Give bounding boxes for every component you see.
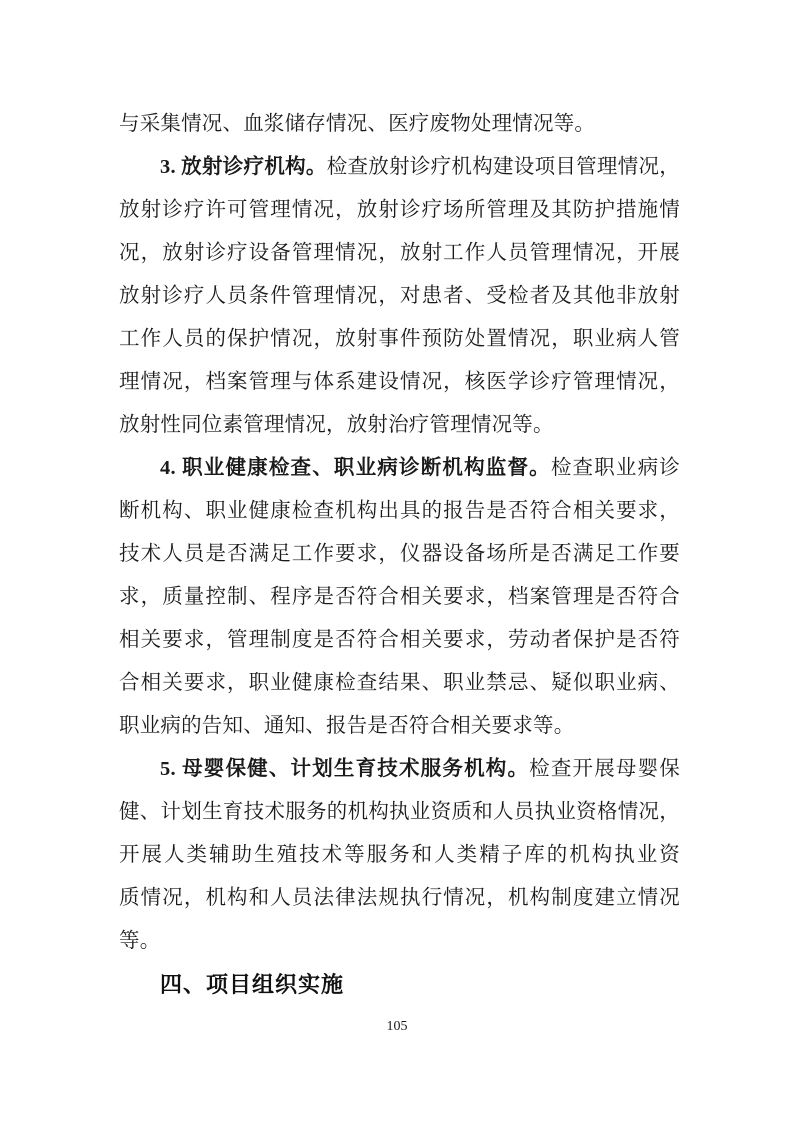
doc-line-4: 放射诊疗人员条件管理情况，对患者、受检者及其他非放射: [119, 275, 680, 318]
text-run: 与采集情况、血浆储存情况、医疗废物处理情况等。: [119, 113, 595, 135]
text-run: 断机构、职业健康检查机构出具的报告是否符合相关要求，: [119, 500, 680, 522]
text-run: 求，质量控制、程序是否符合相关要求，档案管理是否符合: [119, 586, 680, 608]
text-run: 工作人员的保护情况，放射事件预防处置情况，职业病人管: [119, 328, 680, 350]
doc-line-5: 工作人员的保护情况，放射事件预防处置情况，职业病人管: [119, 318, 680, 361]
bold-run: 3. 放射诊疗机构。: [160, 156, 327, 178]
doc-line-11: 求，质量控制、程序是否符合相关要求，档案管理是否符合: [119, 576, 680, 619]
section-heading-4: 四、项目组织实施: [119, 963, 680, 1006]
doc-line-8-section-4-start: 4. 职业健康检查、职业病诊断机构监督。检查职业病诊: [119, 447, 680, 490]
text-run: 检查放射诊疗机构建设项目管理情况，: [327, 156, 680, 178]
text-run: 质情况，机构和人员法律法规执行情况，机构制度建立情况: [119, 887, 680, 909]
doc-line-18: 质情况，机构和人员法律法规执行情况，机构制度建立情况: [119, 877, 680, 920]
text-run: 检查开展母婴保: [529, 758, 680, 780]
doc-line-6: 理情况，档案管理与体系建设情况，核医学诊疗管理情况，: [119, 361, 680, 404]
text-run: 放射诊疗许可管理情况，放射诊疗场所管理及其防护措施情: [119, 199, 680, 221]
text-run: 放射诊疗人员条件管理情况，对患者、受检者及其他非放射: [119, 285, 680, 307]
doc-line-3: 况，放射诊疗设备管理情况，放射工作人员管理情况，开展: [119, 232, 680, 275]
doc-line-16: 健、计划生育技术服务的机构执业资质和人员执业资格情况，: [119, 791, 680, 834]
text-run: 健、计划生育技术服务的机构执业资质和人员执业资格情况，: [119, 801, 680, 823]
doc-line-10: 技术人员是否满足工作要求，仪器设备场所是否满足工作要: [119, 533, 680, 576]
document-page: 与采集情况、血浆储存情况、医疗废物处理情况等。 3. 放射诊疗机构。检查放射诊疗…: [0, 0, 794, 1122]
doc-line-12: 相关要求，管理制度是否符合相关要求，劳动者保护是否符: [119, 619, 680, 662]
text-run: 况，放射诊疗设备管理情况，放射工作人员管理情况，开展: [119, 242, 680, 264]
text-run: 放射性同位素管理情况，放射治疗管理情况等。: [119, 414, 554, 436]
bold-run: 4. 职业健康检查、职业病诊断机构监督。: [160, 457, 551, 479]
document-body: 与采集情况、血浆储存情况、医疗废物处理情况等。 3. 放射诊疗机构。检查放射诊疗…: [119, 103, 680, 1006]
text-run: 理情况，档案管理与体系建设情况，核医学诊疗管理情况，: [119, 371, 680, 393]
text-run: 职业病的告知、通知、报告是否符合相关要求等。: [119, 715, 574, 737]
bold-run: 5. 母婴保健、计划生育技术服务机构。: [160, 758, 529, 780]
page-number: 105: [0, 1019, 794, 1035]
doc-line-9: 断机构、职业健康检查机构出具的报告是否符合相关要求，: [119, 490, 680, 533]
doc-line-15-section-5-start: 5. 母婴保健、计划生育技术服务机构。检查开展母婴保: [119, 748, 680, 791]
text-run: 检查职业病诊: [551, 457, 680, 479]
doc-line-14: 职业病的告知、通知、报告是否符合相关要求等。: [119, 705, 680, 748]
text-run: 相关要求，管理制度是否符合相关要求，劳动者保护是否符: [119, 629, 680, 651]
doc-line-1-section-3-start: 3. 放射诊疗机构。检查放射诊疗机构建设项目管理情况，: [119, 146, 680, 189]
text-run: 开展人类辅助生殖技术等服务和人类精子库的机构执业资: [119, 844, 680, 866]
text-run: 等。: [119, 930, 160, 952]
doc-line-19: 等。: [119, 920, 680, 963]
text-run: 技术人员是否满足工作要求，仪器设备场所是否满足工作要: [119, 543, 680, 565]
heading-text: 四、项目组织实施: [160, 972, 344, 997]
doc-line-7: 放射性同位素管理情况，放射治疗管理情况等。: [119, 404, 680, 447]
doc-line-2: 放射诊疗许可管理情况，放射诊疗场所管理及其防护措施情: [119, 189, 680, 232]
doc-line-17: 开展人类辅助生殖技术等服务和人类精子库的机构执业资: [119, 834, 680, 877]
doc-line-13: 合相关要求，职业健康检查结果、职业禁忌、疑似职业病、: [119, 662, 680, 705]
doc-line-0: 与采集情况、血浆储存情况、医疗废物处理情况等。: [119, 103, 680, 146]
text-run: 合相关要求，职业健康检查结果、职业禁忌、疑似职业病、: [119, 672, 680, 694]
